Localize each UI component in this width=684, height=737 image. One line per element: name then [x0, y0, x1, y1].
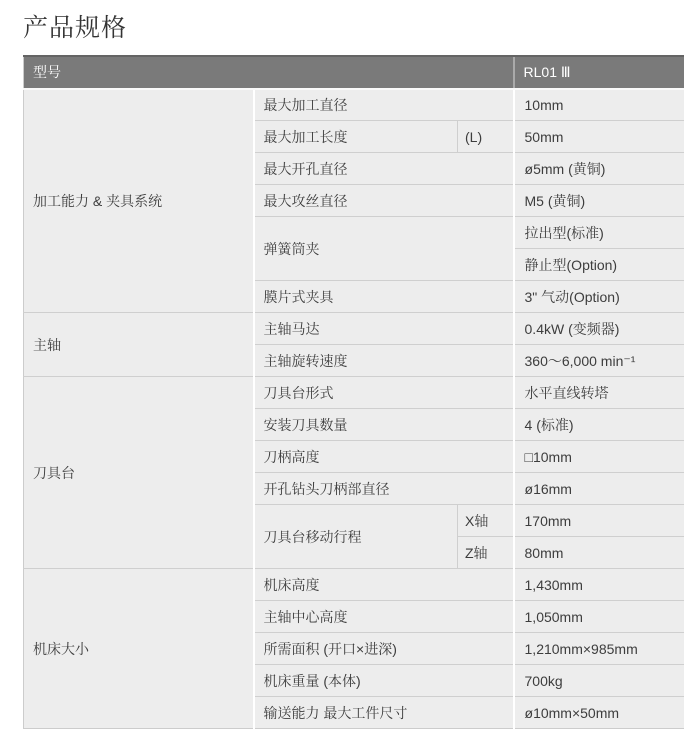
spec-name-cell: 刀具台形式	[254, 377, 514, 409]
group-cell-toolpost: 刀具台	[24, 377, 254, 569]
value-cell: ø16mm	[514, 473, 684, 505]
spec-name-cell: 最大攻丝直径	[254, 185, 514, 217]
value-cell: ø10mm×50mm	[514, 697, 684, 729]
spec-name-cell: 安装刀具数量	[254, 409, 514, 441]
value-cell: 170mm	[514, 505, 684, 537]
spec-sub-cell: X轴	[458, 505, 514, 537]
table-row: 主轴 主轴马达 0.4kW (变频器)	[24, 313, 684, 345]
page-title: 产品规格	[23, 12, 684, 45]
value-cell: 1,210mm×985mm	[514, 633, 684, 665]
value-cell: 静止型(Option)	[514, 249, 684, 281]
table-header-row: 型号 RL01 Ⅲ	[24, 56, 684, 89]
group-cell-machine-size: 机床大小	[24, 569, 254, 729]
model-value-header: RL01 Ⅲ	[514, 56, 684, 89]
product-spec-table: 型号 RL01 Ⅲ 加工能力 & 夹具系统 最大加工直径 10mm 最大加工长度…	[23, 55, 684, 730]
spec-name-cell: 主轴旋转速度	[254, 345, 514, 377]
value-cell: 1,050mm	[514, 601, 684, 633]
value-cell: 0.4kW (变频器)	[514, 313, 684, 345]
value-cell: M5 (黄铜)	[514, 185, 684, 217]
table-row: 刀具台 刀具台形式 水平直线转塔	[24, 377, 684, 409]
value-cell: 10mm	[514, 89, 684, 121]
spec-name-cell: 刀具台移动行程	[254, 505, 458, 569]
spec-name-cell: 膜片式夹具	[254, 281, 514, 313]
table-row: 机床大小 机床高度 1,430mm	[24, 569, 684, 601]
spec-sub-cell: (L)	[458, 121, 514, 153]
group-cell-spindle: 主轴	[24, 313, 254, 377]
spec-name-cell: 最大加工长度	[254, 121, 458, 153]
spec-name-cell: 所需面积 (开口×进深)	[254, 633, 514, 665]
value-cell: 3" 气动(Option)	[514, 281, 684, 313]
spec-name-cell: 最大开孔直径	[254, 153, 514, 185]
spec-name-cell: 刀柄高度	[254, 441, 514, 473]
value-cell: 1,430mm	[514, 569, 684, 601]
model-label-header: 型号	[24, 56, 514, 89]
spec-name-cell: 机床高度	[254, 569, 514, 601]
table-row: 加工能力 & 夹具系统 最大加工直径 10mm	[24, 89, 684, 121]
spec-name-cell: 主轴中心高度	[254, 601, 514, 633]
spec-sub-cell: Z轴	[458, 537, 514, 569]
group-cell-machining: 加工能力 & 夹具系统	[24, 89, 254, 313]
spec-name-cell: 开孔钻头刀柄部直径	[254, 473, 514, 505]
spec-name-cell: 主轴马达	[254, 313, 514, 345]
value-cell: 700kg	[514, 665, 684, 697]
value-cell: 4 (标准)	[514, 409, 684, 441]
value-cell: 80mm	[514, 537, 684, 569]
spec-name-cell: 输送能力 最大工件尺寸	[254, 697, 514, 729]
spec-name-cell: 弹簧筒夹	[254, 217, 514, 281]
value-cell: 水平直线转塔	[514, 377, 684, 409]
spec-name-cell: 机床重量 (本体)	[254, 665, 514, 697]
value-cell: □10mm	[514, 441, 684, 473]
value-cell: 360～6,000 min⁻¹	[514, 345, 684, 377]
value-cell: 50mm	[514, 121, 684, 153]
value-cell: ø5mm (黄铜)	[514, 153, 684, 185]
value-cell: 拉出型(标准)	[514, 217, 684, 249]
spec-name-cell: 最大加工直径	[254, 89, 514, 121]
